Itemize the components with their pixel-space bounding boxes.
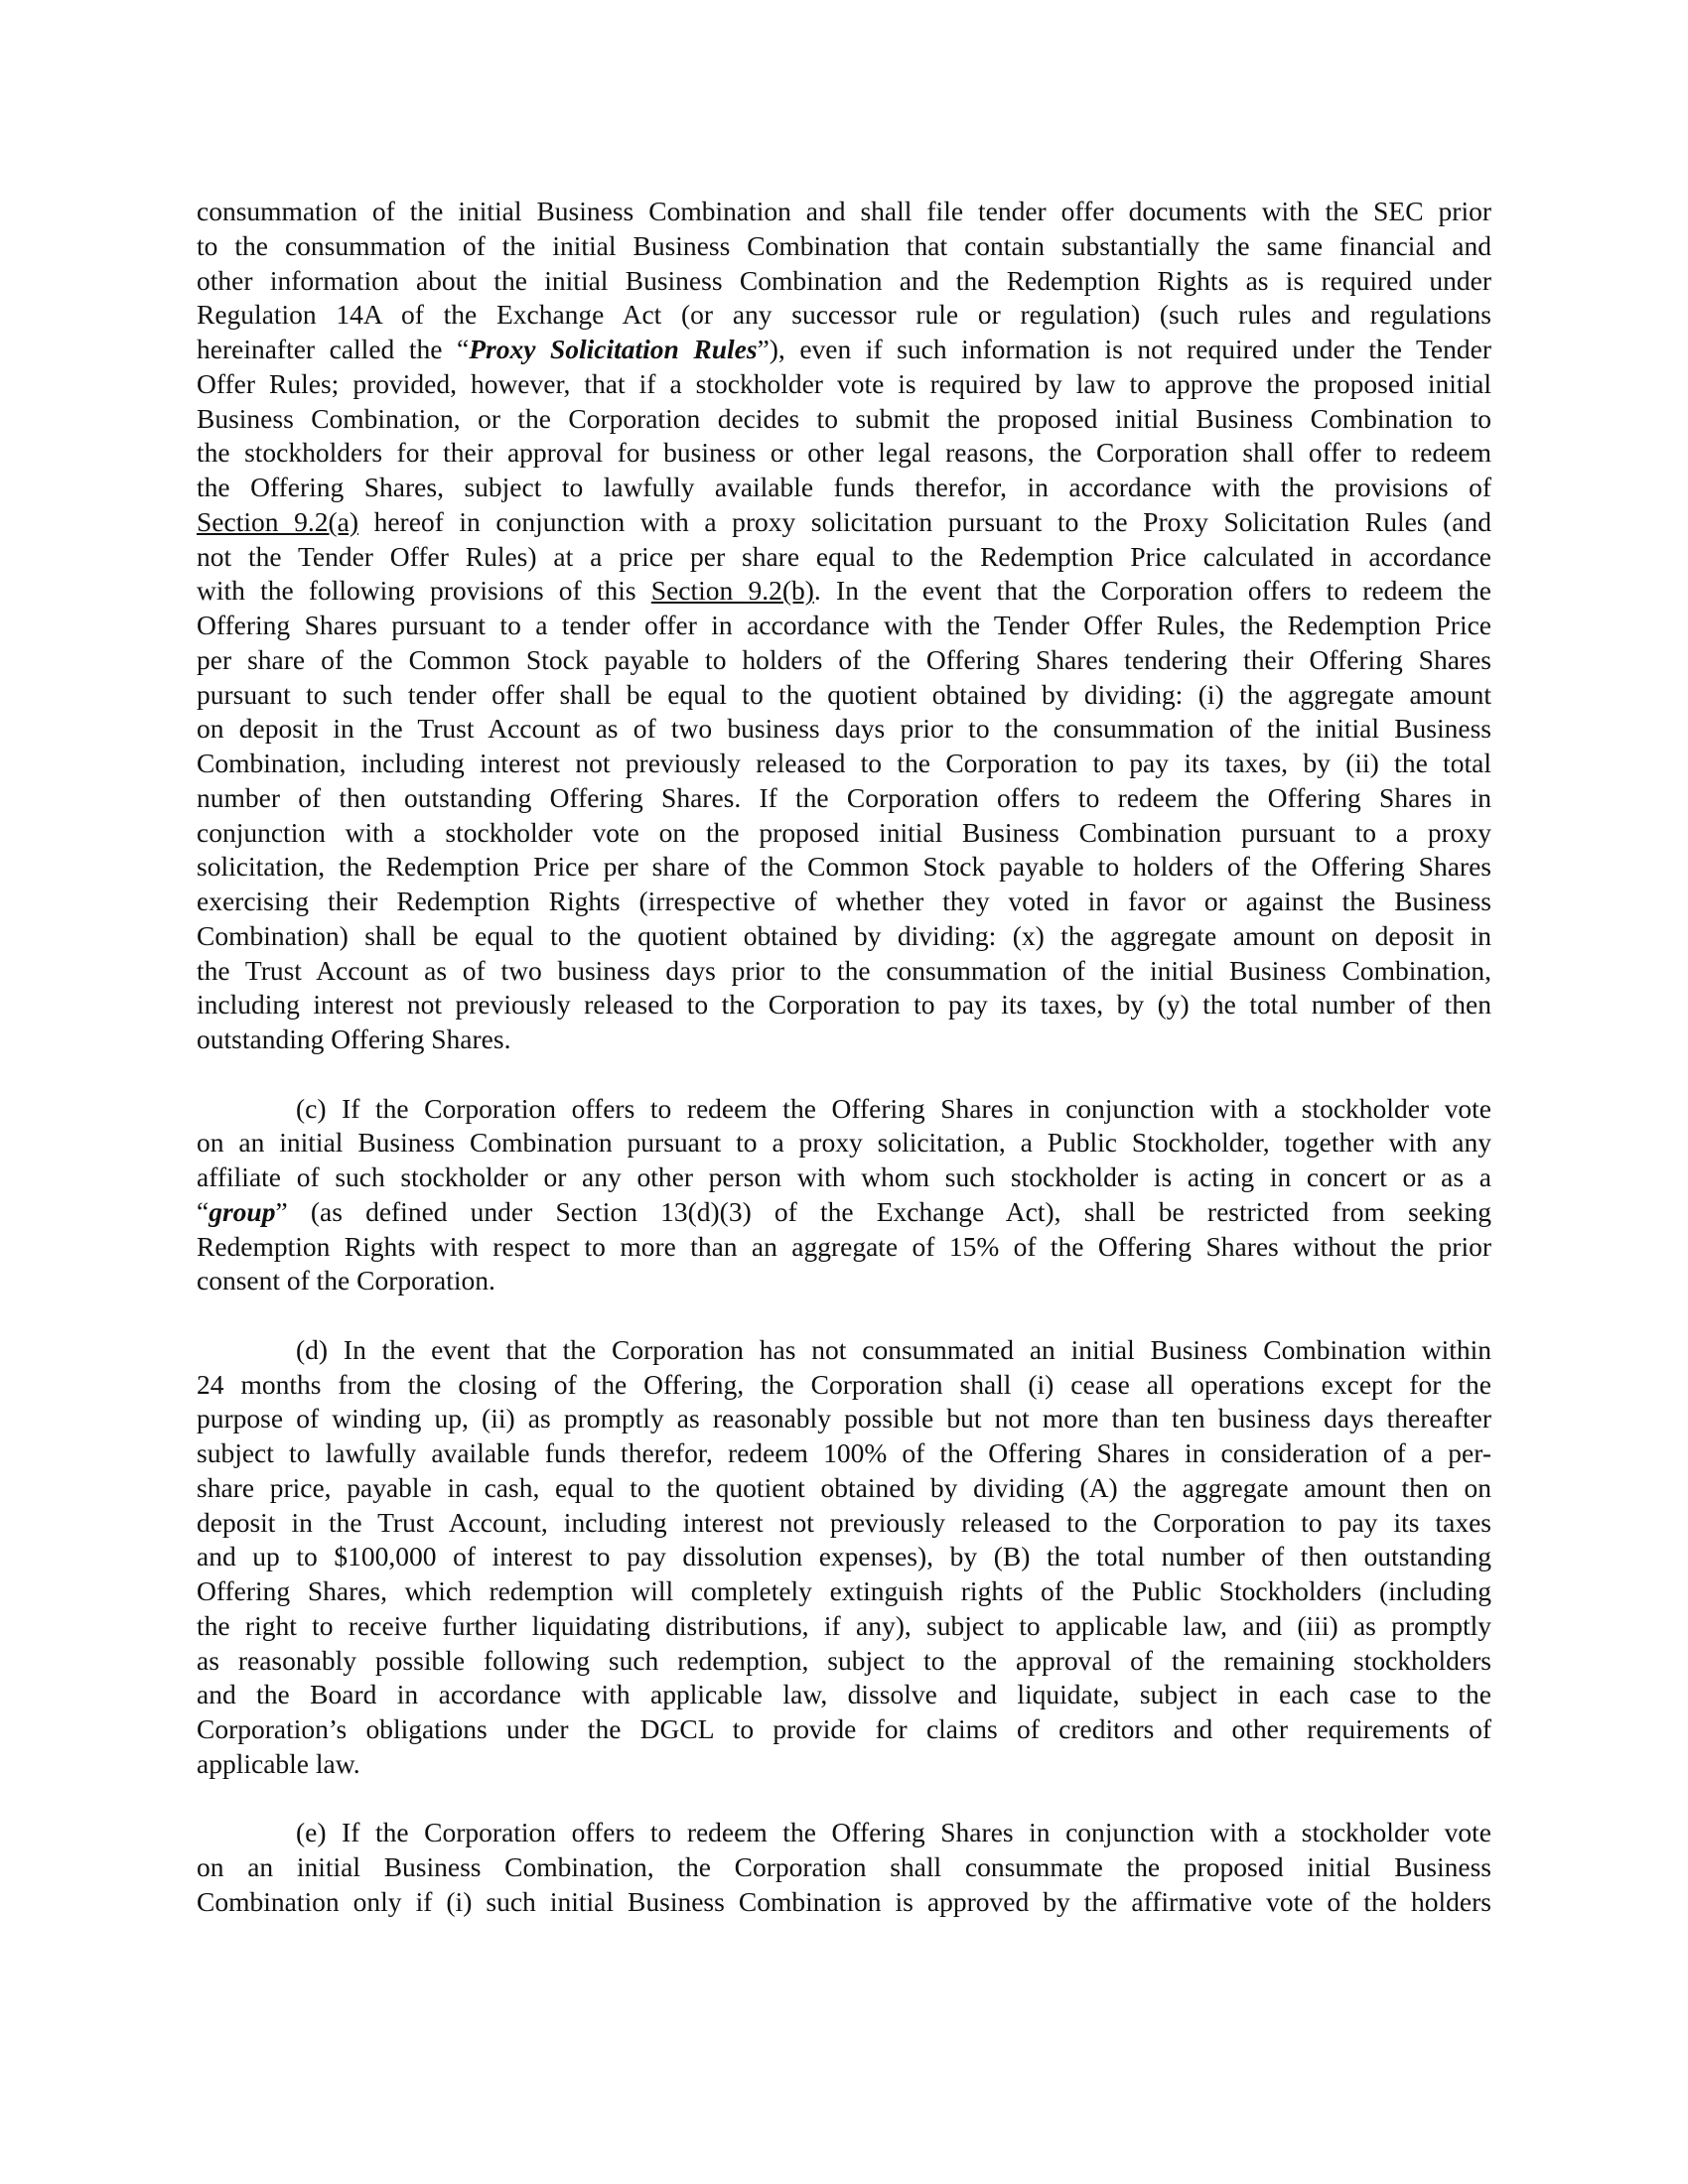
text-line: Offering Shares pursuant to a tender off…	[197, 609, 1491, 643]
text-line: (d) In the event that the Corporation ha…	[197, 1333, 1491, 1368]
text-run: conjunction with a stockholder vote on t…	[197, 817, 1491, 848]
text-line: consent of the Corporation.	[197, 1264, 1491, 1298]
text-run: solicitation, the Redemption Price per s…	[197, 851, 1491, 882]
text-line: consummation of the initial Business Com…	[197, 195, 1491, 229]
text-run: Offering Shares, which redemption will c…	[197, 1575, 1491, 1606]
text-line: Combination, including interest not prev…	[197, 747, 1491, 781]
text-line: Redemption Rights with respect to more t…	[197, 1230, 1491, 1265]
text-line: on an initial Business Combination, the …	[197, 1850, 1491, 1885]
text-line: the Offering Shares, subject to lawfully…	[197, 471, 1491, 505]
text-run: (e) If the Corporation offers to redeem …	[296, 1817, 1491, 1847]
section-cross-reference[interactable]: Section 9.2(b)	[651, 575, 814, 606]
text-run: “	[197, 1196, 209, 1227]
text-run: not the Tender Offer Rules) at a price p…	[197, 541, 1491, 572]
defined-term: Proxy Solicitation Rules	[469, 334, 757, 364]
text-line: conjunction with a stockholder vote on t…	[197, 816, 1491, 851]
text-line: Regulation 14A of the Exchange Act (or a…	[197, 298, 1491, 333]
text-run: per share of the Common Stock payable to…	[197, 644, 1491, 675]
text-run: pursuant to such tender offer shall be e…	[197, 679, 1491, 710]
text-run: the Trust Account as of two business day…	[197, 955, 1491, 986]
text-run: other information about the initial Busi…	[197, 265, 1491, 296]
text-run: Redemption Rights with respect to more t…	[197, 1231, 1491, 1262]
text-run: the stockholders for their approval for …	[197, 437, 1491, 468]
text-line: the right to receive further liquidating…	[197, 1609, 1491, 1644]
text-line: solicitation, the Redemption Price per s…	[197, 850, 1491, 885]
text-run: Offering Shares pursuant to a tender off…	[197, 610, 1491, 640]
text-line: applicable law.	[197, 1747, 1491, 1782]
text-run: Combination, including interest not prev…	[197, 748, 1491, 778]
text-run: including interest not previously releas…	[197, 989, 1491, 1020]
text-run: the Offering Shares, subject to lawfully…	[197, 472, 1491, 502]
text-run: deposit in the Trust Account, including …	[197, 1507, 1491, 1538]
text-run: the right to receive further liquidating…	[197, 1610, 1491, 1641]
text-run: (d) In the event that the Corporation ha…	[296, 1334, 1491, 1365]
text-line: deposit in the Trust Account, including …	[197, 1506, 1491, 1541]
text-line: not the Tender Offer Rules) at a price p…	[197, 540, 1491, 575]
text-line: number of then outstanding Offering Shar…	[197, 781, 1491, 816]
text-run: share price, payable in cash, equal to t…	[197, 1472, 1491, 1503]
section-cross-reference[interactable]: Section 9.2(a)	[197, 506, 358, 537]
paragraph-section-d: (d) In the event that the Corporation ha…	[197, 1333, 1491, 1782]
text-run: (c) If the Corporation offers to redeem …	[296, 1093, 1491, 1124]
text-run: on an initial Business Combination, the …	[197, 1851, 1491, 1882]
text-line: including interest not previously releas…	[197, 988, 1491, 1023]
document-page: consummation of the initial Business Com…	[197, 195, 1491, 1920]
text-line: Offer Rules; provided, however, that if …	[197, 367, 1491, 402]
text-run: ” (as defined under Section 13(d)(3) of …	[275, 1196, 1491, 1227]
paragraph-section-e: (e) If the Corporation offers to redeem …	[197, 1816, 1491, 1919]
text-line: and up to $100,000 of interest to pay di…	[197, 1540, 1491, 1574]
text-run: 24 months from the closing of the Offeri…	[197, 1369, 1491, 1400]
text-line: Combination only if (i) such initial Bus…	[197, 1885, 1491, 1920]
text-line: and the Board in accordance with applica…	[197, 1678, 1491, 1712]
text-line: to the consummation of the initial Busin…	[197, 229, 1491, 264]
text-line: subject to lawfully available funds ther…	[197, 1436, 1491, 1471]
text-line: share price, payable in cash, equal to t…	[197, 1471, 1491, 1506]
text-line: Corporation’s obligations under the DGCL…	[197, 1712, 1491, 1747]
text-line: Business Combination, or the Corporation…	[197, 402, 1491, 437]
text-line: hereinafter called the “Proxy Solicitati…	[197, 333, 1491, 367]
text-run: outstanding Offering Shares.	[197, 1024, 510, 1054]
text-run: consent of the Corporation.	[197, 1265, 495, 1296]
text-line: Section 9.2(a) hereof in conjunction wit…	[197, 505, 1491, 540]
text-run: and up to $100,000 of interest to pay di…	[197, 1541, 1491, 1571]
paragraph-continuation-9-2-b: consummation of the initial Business Com…	[197, 195, 1491, 1057]
paragraph-section-c: (c) If the Corporation offers to redeem …	[197, 1092, 1491, 1299]
text-run: number of then outstanding Offering Shar…	[197, 782, 1491, 813]
text-line: other information about the initial Busi…	[197, 264, 1491, 299]
text-line: with the following provisions of this Se…	[197, 574, 1491, 609]
text-run: on deposit in the Trust Account as of tw…	[197, 713, 1491, 744]
text-run: applicable law.	[197, 1748, 360, 1779]
text-run: Offer Rules; provided, however, that if …	[197, 368, 1491, 399]
text-line: “group” (as defined under Section 13(d)(…	[197, 1195, 1491, 1230]
text-line: (e) If the Corporation offers to redeem …	[197, 1816, 1491, 1850]
text-run: to the consummation of the initial Busin…	[197, 230, 1491, 261]
text-line: the stockholders for their approval for …	[197, 436, 1491, 471]
text-run: with the following provisions of this	[197, 575, 651, 606]
text-line: Offering Shares, which redemption will c…	[197, 1574, 1491, 1609]
text-run: hereof in conjunction with a proxy solic…	[358, 506, 1491, 537]
text-line: purpose of winding up, (ii) as promptly …	[197, 1402, 1491, 1436]
text-run: Corporation’s obligations under the DGCL…	[197, 1713, 1491, 1744]
text-run: as reasonably possible following such re…	[197, 1645, 1491, 1676]
text-run: purpose of winding up, (ii) as promptly …	[197, 1403, 1491, 1433]
text-run: consummation of the initial Business Com…	[197, 196, 1491, 226]
text-run: affiliate of such stockholder or any oth…	[197, 1161, 1491, 1192]
text-line: the Trust Account as of two business day…	[197, 954, 1491, 989]
text-line: outstanding Offering Shares.	[197, 1023, 1491, 1057]
text-line: as reasonably possible following such re…	[197, 1644, 1491, 1679]
text-run: Combination only if (i) such initial Bus…	[197, 1886, 1491, 1917]
text-run: . In the event that the Corporation offe…	[814, 575, 1491, 606]
text-run: Business Combination, or the Corporation…	[197, 403, 1491, 434]
text-run: subject to lawfully available funds ther…	[197, 1437, 1491, 1468]
text-line: pursuant to such tender offer shall be e…	[197, 678, 1491, 713]
text-run: Combination) shall be equal to the quoti…	[197, 920, 1491, 951]
text-line: 24 months from the closing of the Offeri…	[197, 1368, 1491, 1403]
text-run: ”), even if such information is not requ…	[758, 334, 1491, 364]
text-line: Combination) shall be equal to the quoti…	[197, 919, 1491, 954]
text-line: exercising their Redemption Rights (irre…	[197, 885, 1491, 919]
text-run: exercising their Redemption Rights (irre…	[197, 886, 1491, 916]
text-run: Regulation 14A of the Exchange Act (or a…	[197, 299, 1491, 330]
defined-term: group	[209, 1196, 275, 1227]
text-line: affiliate of such stockholder or any oth…	[197, 1160, 1491, 1195]
text-run: hereinafter called the “	[197, 334, 469, 364]
text-line: on an initial Business Combination pursu…	[197, 1126, 1491, 1160]
text-line: on deposit in the Trust Account as of tw…	[197, 712, 1491, 747]
text-line: (c) If the Corporation offers to redeem …	[197, 1092, 1491, 1127]
text-line: per share of the Common Stock payable to…	[197, 643, 1491, 678]
text-run: on an initial Business Combination pursu…	[197, 1127, 1491, 1158]
text-run: and the Board in accordance with applica…	[197, 1679, 1491, 1709]
